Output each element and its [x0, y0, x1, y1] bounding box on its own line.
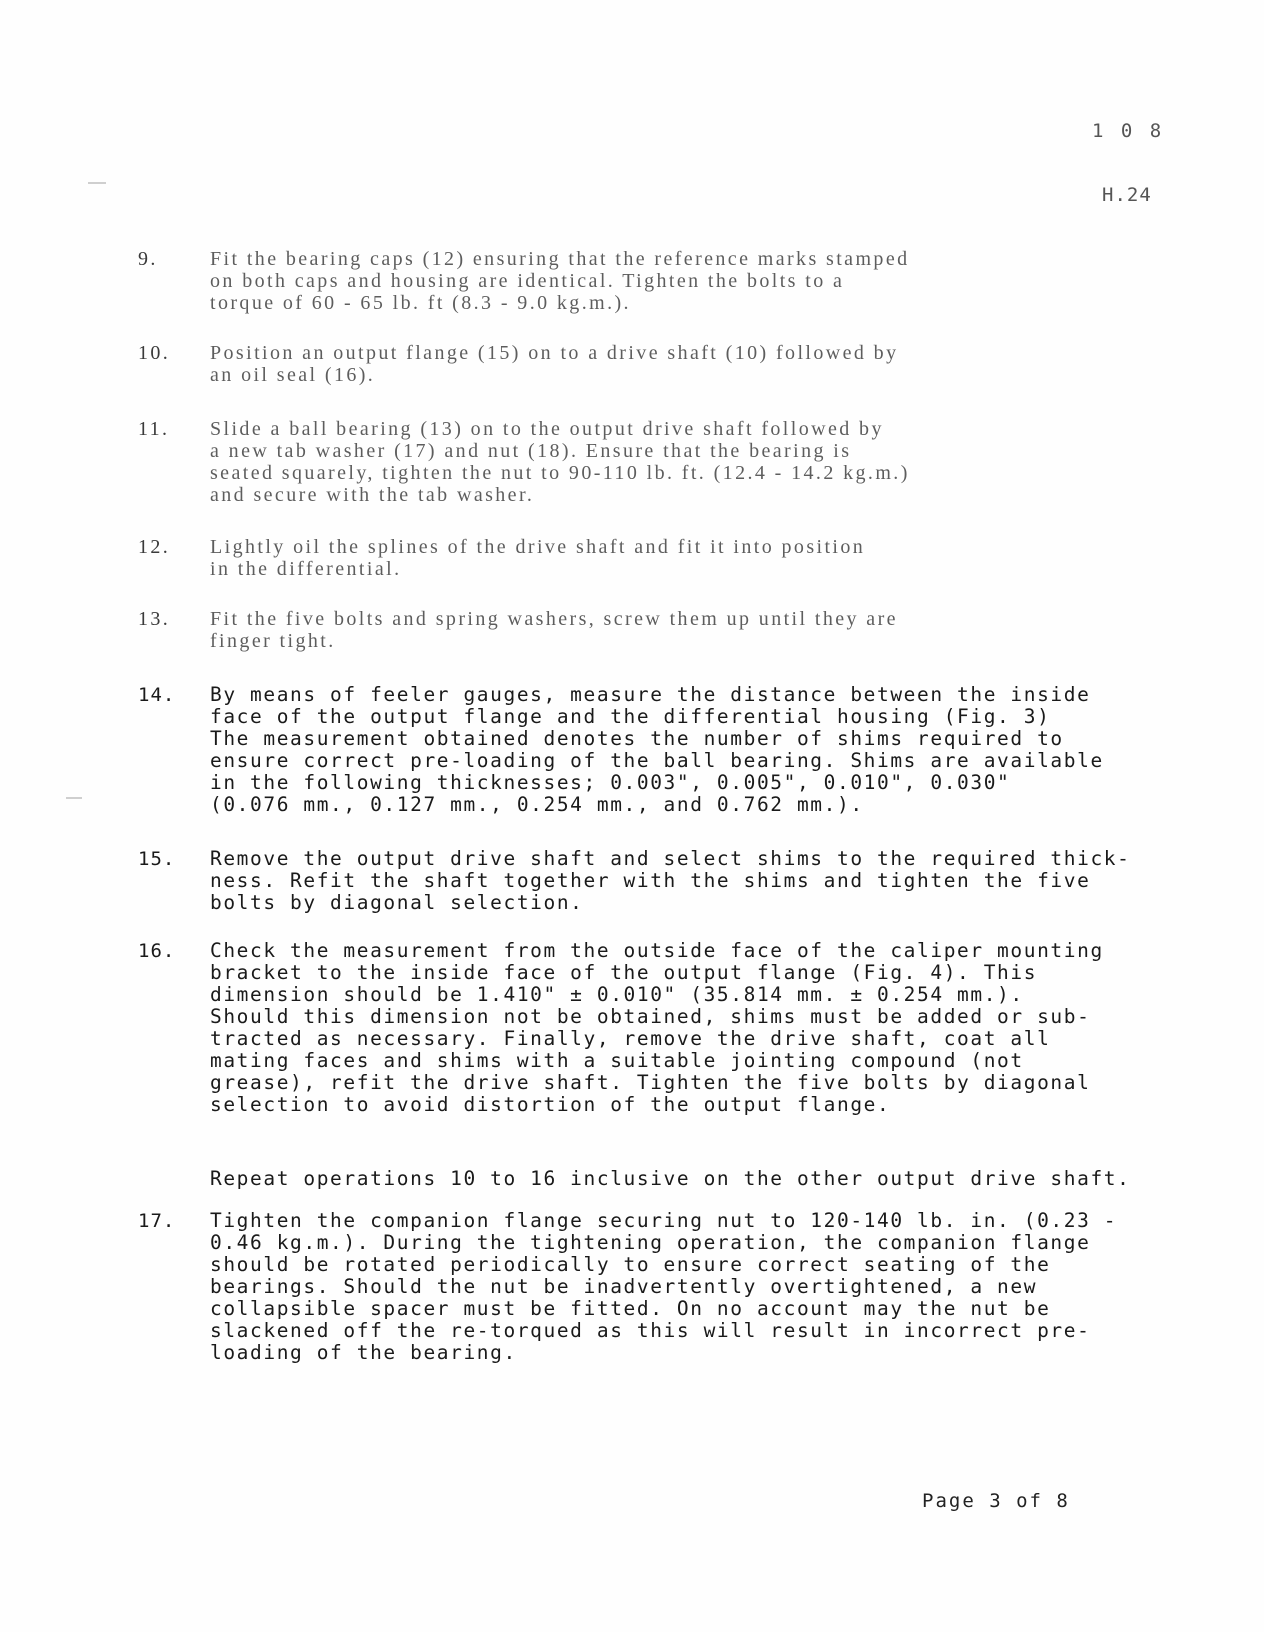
- step-number: 11.: [138, 418, 210, 440]
- step-16: 16. Check the measurement from the outsi…: [138, 940, 1208, 1116]
- repeat-operations-note: Repeat operations 10 to 16 inclusive on …: [210, 1168, 1130, 1190]
- section-code: H.24: [1102, 184, 1152, 206]
- step-17: 17. Tighten the companion flange securin…: [138, 1210, 1208, 1364]
- step-number: 12.: [138, 536, 210, 558]
- step-11: 11. Slide a ball bearing (13) on to the …: [138, 418, 1208, 506]
- step-number: 13.: [138, 608, 210, 630]
- step-15: 15. Remove the output drive shaft and se…: [138, 848, 1208, 914]
- step-text: Lightly oil the splines of the drive sha…: [210, 536, 1208, 580]
- step-14: 14. By means of feeler gauges, measure t…: [138, 684, 1208, 816]
- page-reference: 1 0 8: [1092, 120, 1164, 142]
- step-text: Fit the five bolts and spring washers, s…: [210, 608, 1208, 652]
- step-number: 16.: [138, 940, 210, 962]
- step-13: 13. Fit the five bolts and spring washer…: [138, 608, 1208, 652]
- step-10: 10. Position an output flange (15) on to…: [138, 342, 1208, 386]
- step-number: 14.: [138, 684, 210, 706]
- step-number: 15.: [138, 848, 210, 870]
- step-text: By means of feeler gauges, measure the d…: [210, 684, 1208, 816]
- step-number: 9.: [138, 248, 210, 270]
- scan-margin-mark: [88, 182, 106, 184]
- scan-margin-mark: [66, 797, 82, 799]
- step-text: Fit the bearing caps (12) ensuring that …: [210, 248, 1208, 314]
- step-text: Position an output flange (15) on to a d…: [210, 342, 1208, 386]
- step-9: 9. Fit the bearing caps (12) ensuring th…: [138, 248, 1208, 314]
- step-text: Tighten the companion flange securing nu…: [210, 1210, 1208, 1364]
- step-text: Check the measurement from the outside f…: [210, 940, 1208, 1116]
- document-page: 1 0 8 H.24 9. Fit the bearing caps (12) …: [0, 0, 1264, 1632]
- page-number-footer: Page 3 of 8: [922, 1490, 1070, 1512]
- step-12: 12. Lightly oil the splines of the drive…: [138, 536, 1208, 580]
- step-number: 17.: [138, 1210, 210, 1232]
- step-text: Slide a ball bearing (13) on to the outp…: [210, 418, 1208, 506]
- step-number: 10.: [138, 342, 210, 364]
- step-text: Remove the output drive shaft and select…: [210, 848, 1208, 914]
